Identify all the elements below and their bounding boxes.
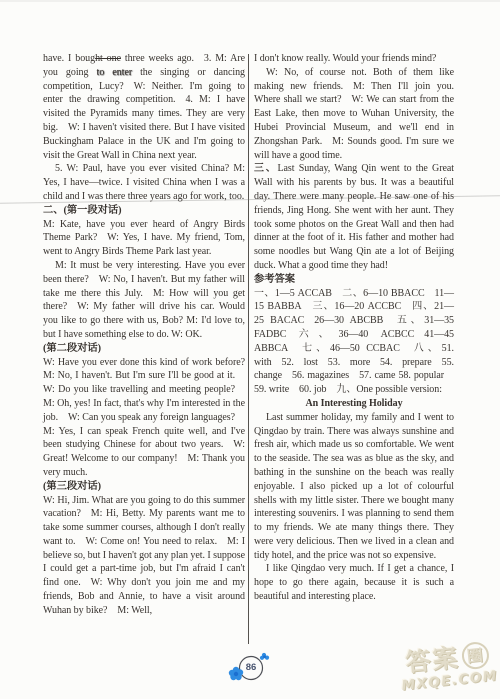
dialogue-paragraph: 5. W: Paul, have you ever visited China?… [43,162,245,203]
page-number: 86 [240,662,262,673]
dialogue-paragraph: M: Kate, have you ever heard of Angry Bi… [43,218,245,259]
text-run: the singing or dancing competition, Lucy… [43,67,245,161]
essay-title: An Interesting Holiday [254,397,454,411]
column-divider-rule [248,54,249,644]
dialogue-paragraph: M: It must be very interesting. Have you… [43,259,245,342]
star-icon [260,653,269,660]
text-run: Last Sunday, Wang Qin went to the Great … [254,163,454,271]
dialogue-paragraph: W: Have you ever done this kind of work … [43,356,245,480]
struck-text-artifact: ht one [95,53,121,64]
listening-passage-paragraph: 三、Last Sunday, Wang Qin went to the Grea… [254,162,454,272]
page-number-badge: 86 [223,649,275,691]
smudged-text-artifact: to enter [97,67,132,78]
dialogue-paragraph: W: Hi, Jim. What are you going to do thi… [43,494,245,618]
section-heading: (第三段对话) [43,480,245,494]
text-run: have. I boug [43,53,95,64]
section-heading: 二、(第一段对话) [43,204,245,218]
watermark-circled-char: 圈 [460,641,490,671]
essay-paragraph: Last summer holiday, my family and I wen… [254,411,454,563]
dialogue-paragraph: have. I bought one three weeks ago. 3. M… [43,52,245,162]
scan-top-edge [0,0,500,2]
answer-key: 一、1—5 ACCAB 二、6—10 BBACC 11—15 BABBA 三、1… [254,287,454,397]
left-column: have. I bought one three weeks ago. 3. M… [43,52,245,618]
watermark: 答案圈 MXQE.COM [397,640,498,694]
scanned-book-page: have. I bought one three weeks ago. 3. M… [0,0,500,699]
answer-key-heading: 参考答案 [254,273,454,287]
dialogue-paragraph: W: No, of course not. Both of them like … [254,66,454,163]
right-column: I don't know really. Would your friends … [254,52,454,604]
essay-paragraph: I like Qingdao very much. If I get a cha… [254,562,454,603]
section-heading: (第二段对话) [43,342,245,356]
section-number: 三、 [254,163,277,174]
dialogue-paragraph: I don't know really. Would your friends … [254,52,454,66]
